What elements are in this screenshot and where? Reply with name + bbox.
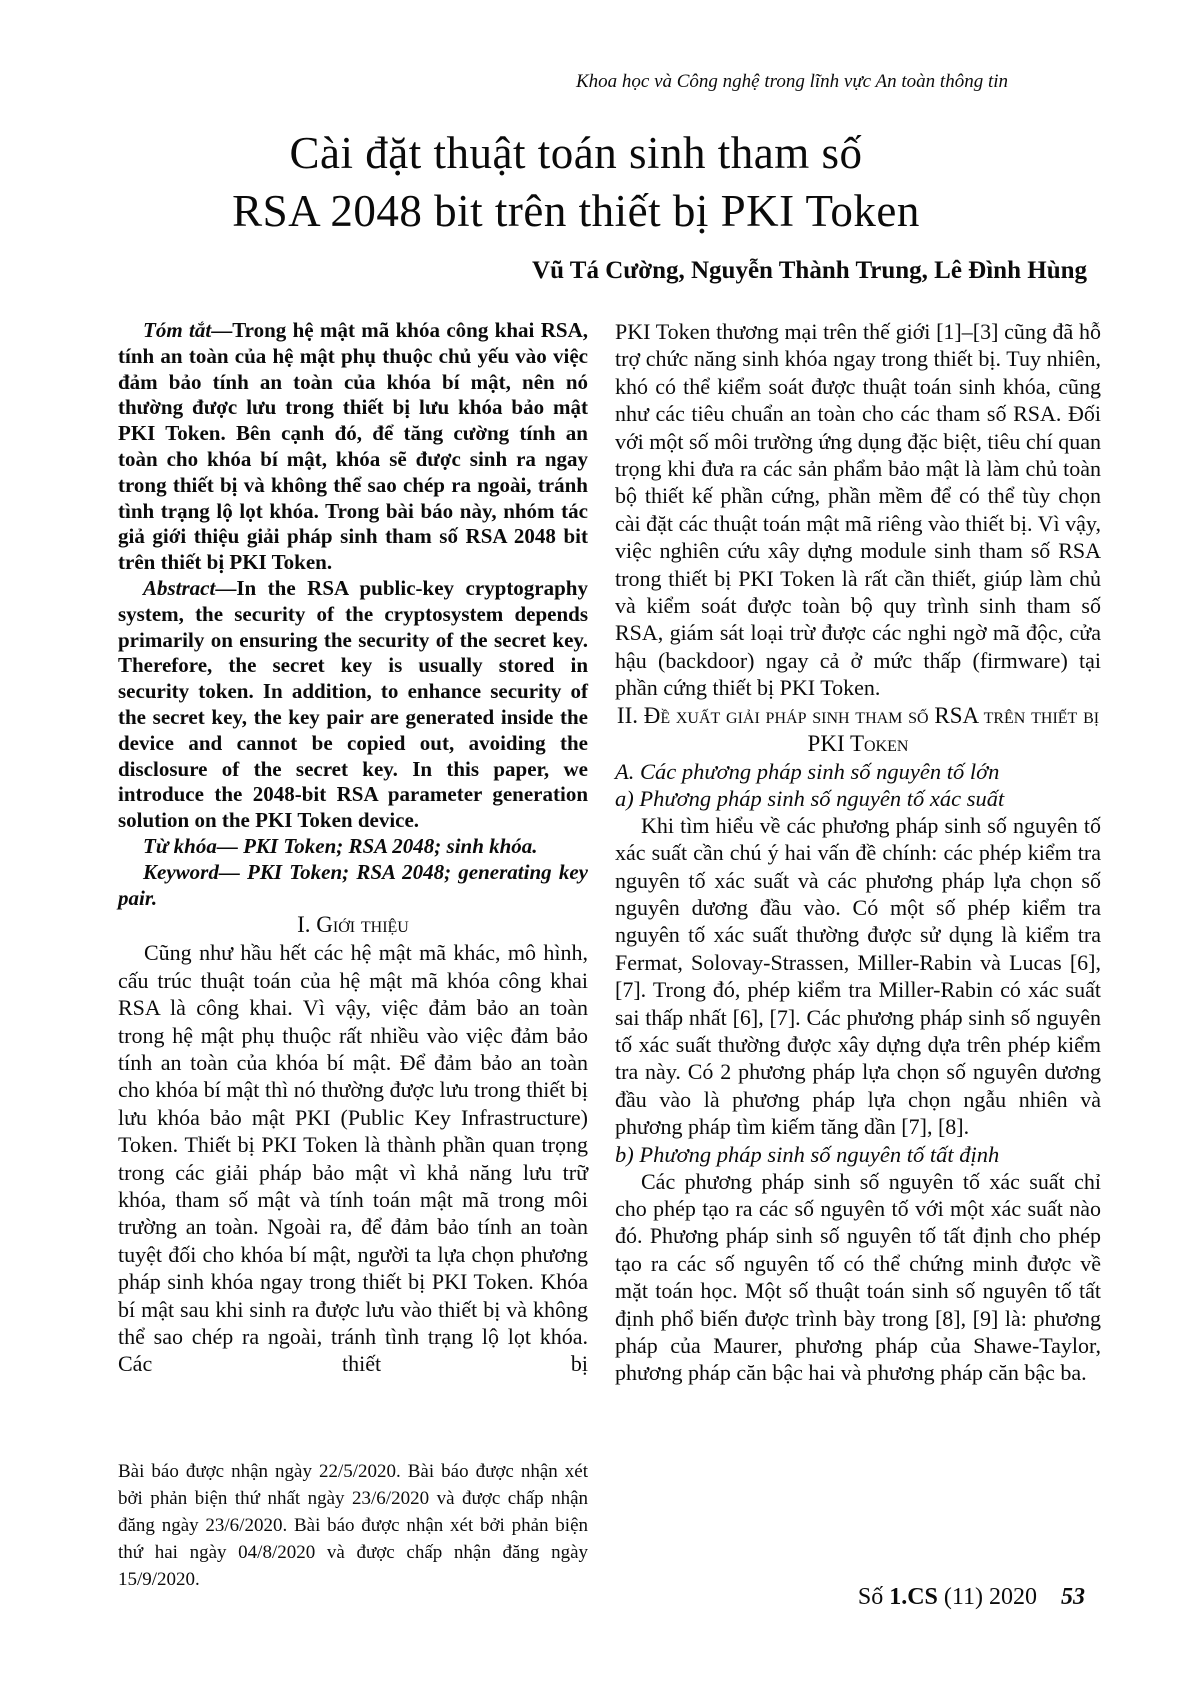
keywords-english: Keyword— PKI Token; RSA 2048; generating…	[118, 860, 588, 912]
abstract-english: Abstract—In the RSA public-key cryptogra…	[118, 576, 588, 834]
journal-footer: Số 1.CS (11) 202053	[0, 1582, 1085, 1612]
subsection-a-heading: A. Các phương pháp sinh số nguyên tố lớn	[615, 758, 1101, 785]
section-2-heading: II. Đề xuất giải pháp sinh tham số RSA t…	[615, 702, 1101, 758]
abstract-english-label: Abstract	[143, 576, 215, 600]
method-b-heading: b) Phương pháp sinh số nguyên tố tất địn…	[615, 1141, 1101, 1168]
introduction-paragraph-continued: PKI Token thương mại trên thế giới [1]–[…	[615, 318, 1101, 702]
left-column: Tóm tắt—Trong hệ mật mã khóa công khai R…	[118, 318, 588, 1378]
page-title: Cài đặt thuật toán sinh tham số RSA 2048…	[24, 124, 1128, 240]
page-number: 53	[1061, 1584, 1085, 1610]
method-a-paragraph: Khi tìm hiểu về các phương pháp sinh số …	[615, 812, 1101, 1141]
page-title-line-2: RSA 2048 bit trên thiết bị PKI Token	[24, 182, 1128, 240]
right-column: PKI Token thương mại trên thế giới [1]–[…	[615, 318, 1101, 1387]
received-dates-footnote: Bài báo được nhận ngày 22/5/2020. Bài bá…	[118, 1458, 588, 1593]
abstract-vietnamese-text: —Trong hệ mật mã khóa công khai RSA, tín…	[118, 318, 588, 574]
abstract-vietnamese-label: Tóm tắt	[143, 318, 211, 342]
page-title-line-1: Cài đặt thuật toán sinh tham số	[24, 124, 1128, 182]
method-b-paragraph: Các phương pháp sinh số nguyên tố xác su…	[615, 1168, 1101, 1387]
abstract-vietnamese: Tóm tắt—Trong hệ mật mã khóa công khai R…	[118, 318, 588, 576]
section-1-heading: I. Giới thiệu	[118, 911, 588, 939]
authors-line: Vũ Tá Cường, Nguyễn Thành Trung, Lê Đình…	[0, 256, 1087, 286]
abstract-english-text: —In the RSA public-key cryptography syst…	[118, 576, 588, 832]
document-page: Khoa học và Công nghệ trong lĩnh vực An …	[0, 0, 1198, 1688]
introduction-paragraph: Cũng như hầu hết các hệ mật mã khác, mô …	[118, 939, 588, 1378]
method-a-heading: a) Phương pháp sinh số nguyên tố xác suấ…	[615, 785, 1101, 812]
journal-issue-number: 1.CS	[889, 1584, 938, 1610]
keywords-vietnamese: Từ khóa— PKI Token; RSA 2048; sinh khóa.	[118, 834, 588, 860]
journal-issue-year: (11) 2020	[938, 1584, 1037, 1610]
journal-issue-prefix: Số	[858, 1584, 889, 1610]
running-head: Khoa học và Công nghệ trong lĩnh vực An …	[0, 70, 1008, 94]
